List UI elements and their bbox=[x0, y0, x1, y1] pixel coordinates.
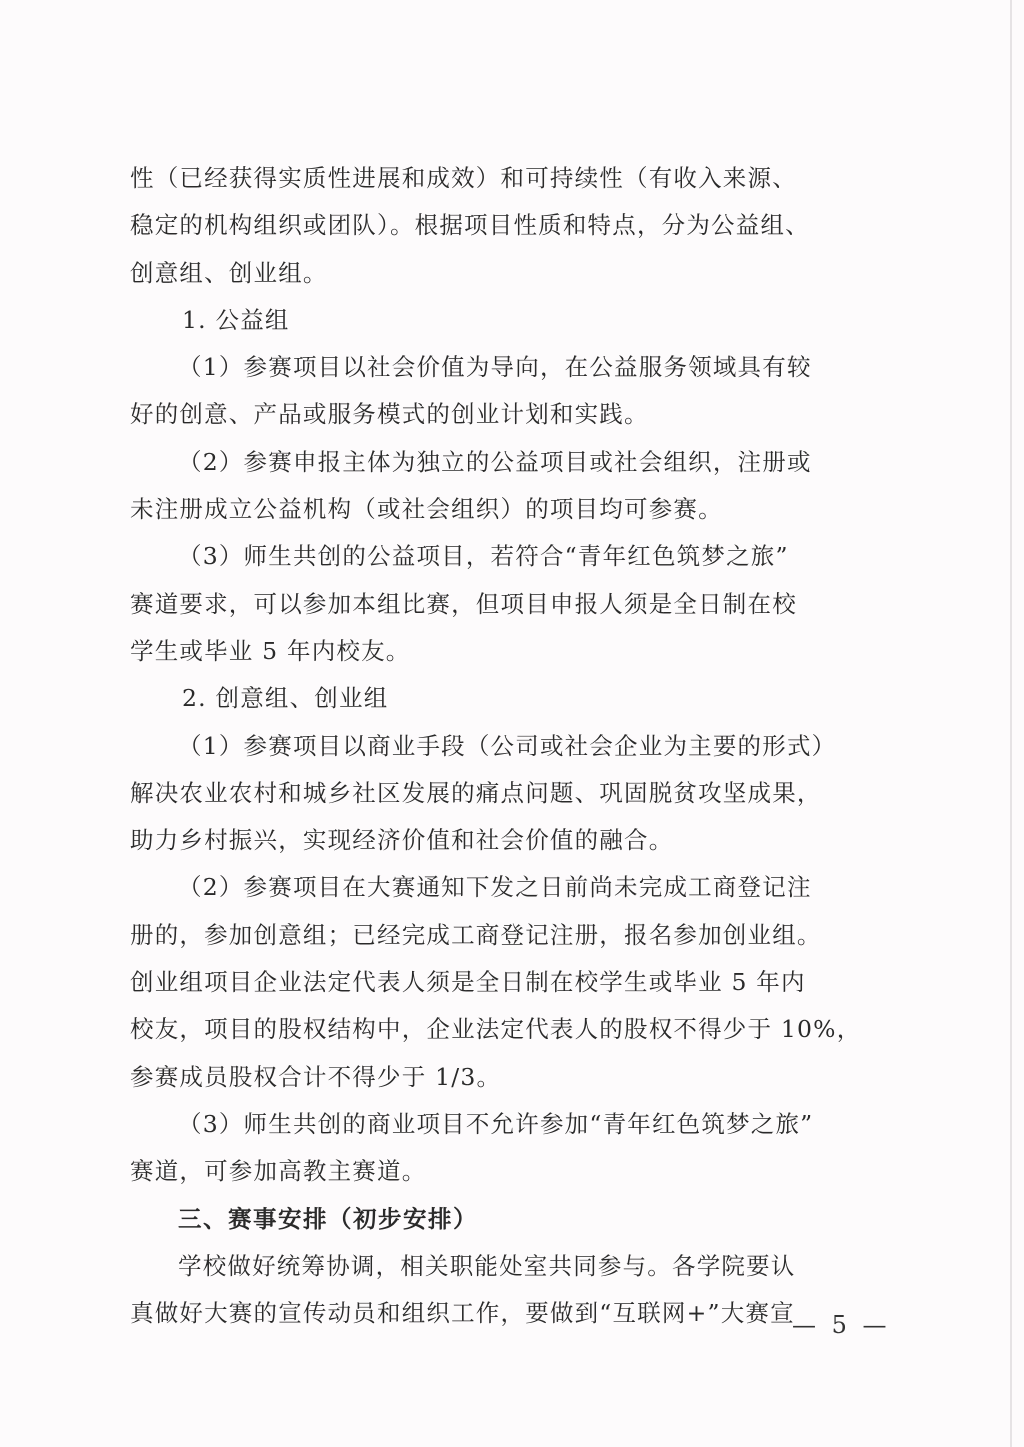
paragraph-line: 解决农业农村和城乡社区发展的痛点问题、巩固脱贫攻坚成果， bbox=[130, 770, 882, 817]
paragraph-line: 参赛成员股权合计不得少于 1/3。 bbox=[130, 1054, 882, 1101]
paragraph-line: 真做好大赛的宣传动员和组织工作，要做到“互联网+”大赛宣 bbox=[130, 1290, 882, 1337]
paragraph-line: 助力乡村振兴，实现经济价值和社会价值的融合。 bbox=[130, 817, 882, 864]
section-heading-public-welfare: 1. 公益组 bbox=[130, 297, 882, 344]
section-heading-creative-startup: 2. 创意组、创业组 bbox=[130, 675, 882, 722]
paragraph-line: （3）师生共创的公益项目，若符合“青年红色筑梦之旅” bbox=[130, 533, 882, 580]
paragraph-line: 学生或毕业 5 年内校友。 bbox=[130, 628, 882, 675]
paragraph-line: （3）师生共创的商业项目不允许参加“青年红色筑梦之旅” bbox=[130, 1101, 882, 1148]
paragraph-line: （2）参赛项目在大赛通知下发之日前尚未完成工商登记注 bbox=[130, 864, 882, 911]
scan-edge bbox=[1010, 0, 1012, 1447]
paragraph-line: 创意组、创业组。 bbox=[130, 250, 882, 297]
paragraph-line: （2）参赛申报主体为独立的公益项目或社会组织，注册或 bbox=[130, 439, 882, 486]
document-body: 性（已经获得实质性进展和成效）和可持续性（有收入来源、 稳定的机构组织或团队）。… bbox=[130, 155, 882, 1337]
paragraph-line: 性（已经获得实质性进展和成效）和可持续性（有收入来源、 bbox=[130, 155, 882, 202]
paragraph-line: 稳定的机构组织或团队）。根据项目性质和特点，分为公益组、 bbox=[130, 202, 882, 249]
paragraph-line: 创业组项目企业法定代表人须是全日制在校学生或毕业 5 年内 bbox=[130, 959, 882, 1006]
section-heading-schedule: 三、赛事安排（初步安排） bbox=[130, 1196, 882, 1243]
paragraph-line: （1）参赛项目以社会价值为导向，在公益服务领域具有较 bbox=[130, 344, 882, 391]
paragraph-line: 赛道要求，可以参加本组比赛，但项目申报人须是全日制在校 bbox=[130, 581, 882, 628]
paragraph-line: 未注册成立公益机构（或社会组织）的项目均可参赛。 bbox=[130, 486, 882, 533]
paragraph-line: 好的创意、产品或服务模式的创业计划和实践。 bbox=[130, 391, 882, 438]
paragraph-line: 校友，项目的股权结构中，企业法定代表人的股权不得少于 10%， bbox=[130, 1006, 882, 1053]
paragraph-line: 学校做好统筹协调，相关职能处室共同参与。各学院要认 bbox=[130, 1243, 882, 1290]
paragraph-line: 赛道，可参加高教主赛道。 bbox=[130, 1148, 882, 1195]
paragraph-line: 册的，参加创意组；已经完成工商登记注册，报名参加创业组。 bbox=[130, 912, 882, 959]
page-number: — 5 — bbox=[792, 1311, 891, 1339]
paragraph-line: （1）参赛项目以商业手段（公司或社会企业为主要的形式） bbox=[130, 723, 882, 770]
